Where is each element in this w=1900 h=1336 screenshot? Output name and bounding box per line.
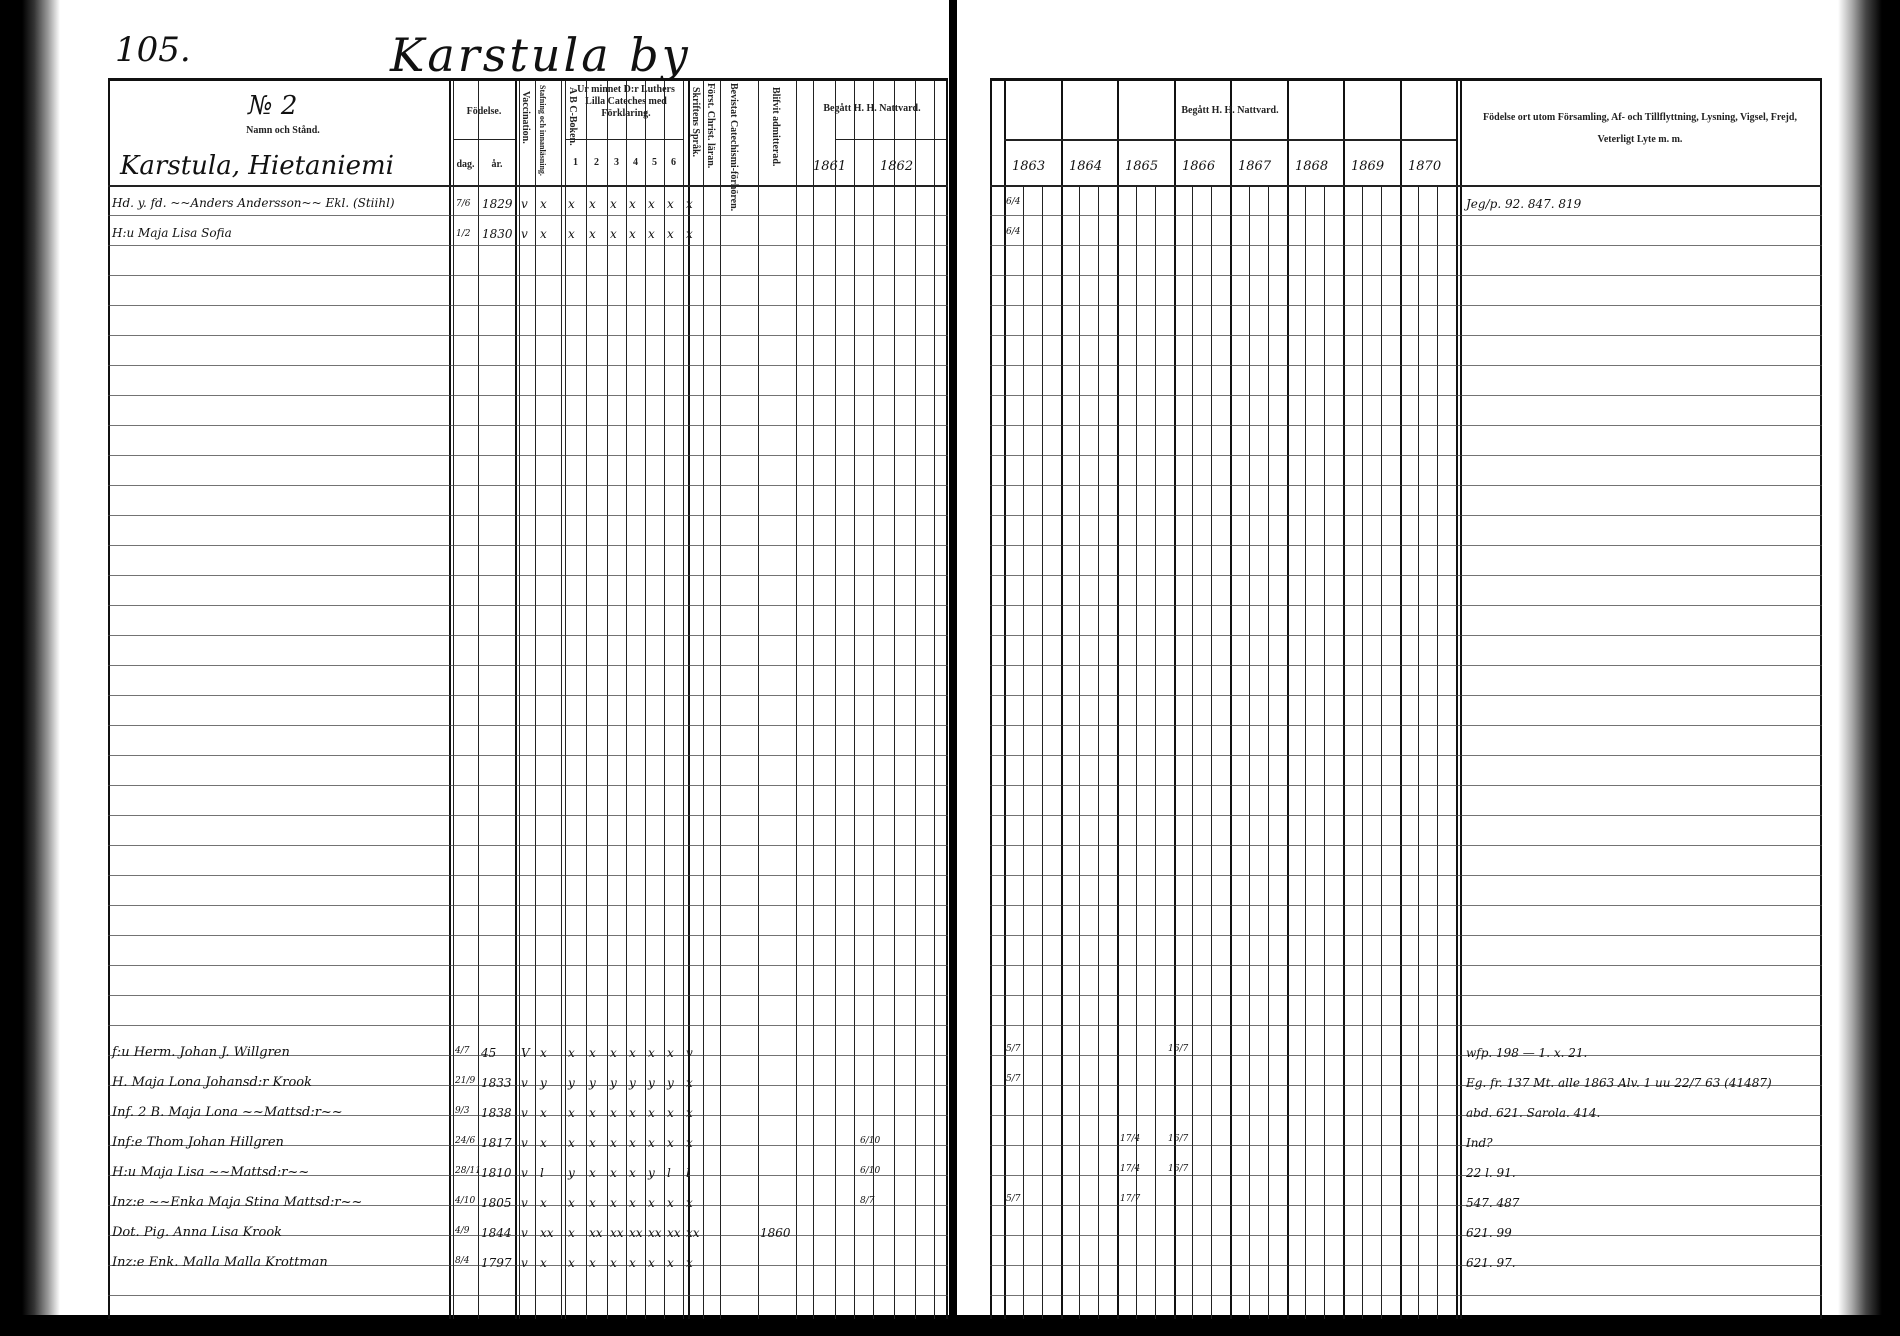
row-rule <box>108 1295 948 1296</box>
remarks-entry: Ind? <box>1466 1136 1493 1150</box>
catechism-mark: y <box>648 1166 655 1180</box>
ledger-row-name: Inz:e Enk. Malla Malla Krottman <box>112 1256 328 1270</box>
communion-1865-date: 17/7 <box>1120 1192 1140 1206</box>
communion-1866-date: 16/7 <box>1168 1042 1188 1056</box>
catechism-mark: y <box>629 1076 636 1090</box>
row-rule <box>990 635 1822 636</box>
row-rule <box>990 305 1822 306</box>
row-rule <box>990 1205 1822 1206</box>
row-rule <box>990 1175 1822 1176</box>
year-group-divider <box>1343 81 1345 1319</box>
catechism-mark: x <box>686 1256 693 1270</box>
row-rule <box>990 485 1822 486</box>
catechism-mark: x <box>667 1196 674 1210</box>
book-edge-right <box>1838 0 1900 1336</box>
catechism-mark: x <box>540 197 547 211</box>
catechism-mark: x <box>589 1106 596 1120</box>
catechism-mark: xx <box>667 1226 681 1240</box>
header-catechism-exams: Bevistat Catechismi-förhören. <box>728 83 739 181</box>
row-rule <box>990 335 1822 336</box>
catechism-mark: x <box>540 1046 547 1060</box>
row-2-vaccination: v <box>521 227 528 241</box>
ledger-row-birth-year: 1838 <box>481 1106 512 1120</box>
row-rule <box>990 215 1822 216</box>
ledger-row-name: Inf:e Thom Johan Hillgren <box>112 1136 284 1150</box>
header-admitted: Blifvit admitterad. <box>770 87 781 183</box>
row-rule <box>990 1055 1822 1056</box>
row-rule <box>108 305 948 306</box>
remarks-entry: 547. 487 <box>1466 1196 1519 1210</box>
ledger-row-birth-year: 1810 <box>481 1166 512 1180</box>
catechism-mark: x <box>540 1196 547 1210</box>
row-rule <box>990 695 1822 696</box>
header-year-1870: 1870 <box>1408 159 1441 174</box>
row-2-name: H:u Maja Lisa Sofia <box>112 226 232 240</box>
catechism-mark: x <box>568 1046 575 1060</box>
communion-1863-date: 5/7 <box>1006 1192 1020 1206</box>
row-rule <box>990 935 1822 936</box>
row-rule <box>108 845 948 846</box>
row-rule <box>108 665 948 666</box>
catechism-mark: y <box>540 1076 547 1090</box>
catechism-mark: y <box>667 1076 674 1090</box>
household-place: Karstula, Hietaniemi <box>120 151 394 181</box>
ledger-row-vaccination: v <box>521 1166 528 1180</box>
catechism-mark: x <box>686 1076 693 1090</box>
ledger-row-birth-day: 4/7 <box>455 1044 469 1058</box>
row-rule <box>108 935 948 936</box>
header-catechism: Ur minnet D:r Luthers Lilla Cateches med… <box>568 84 684 120</box>
catechism-mark: x <box>589 1256 596 1270</box>
remarks-entry: 22 l. 91. <box>1466 1166 1516 1180</box>
row-1-name: Hd. y. fd. ~~Anders Andersson~~ Ekl. (St… <box>112 196 395 210</box>
header-year-1867: 1867 <box>1238 159 1271 174</box>
row-rule <box>990 725 1822 726</box>
catechism-mark: xx <box>540 1226 554 1240</box>
sub-column-line <box>1268 185 1269 1319</box>
catechism-mark: x <box>667 1046 674 1060</box>
header-reading: Stafning och innanläsning. <box>538 85 547 181</box>
catechism-mark: x <box>589 1196 596 1210</box>
sub-column-line <box>1155 185 1156 1319</box>
header-vaccination: Vaccination. <box>520 91 531 181</box>
ledger-row-birth-year: 1817 <box>481 1136 512 1150</box>
ledger-row-name: f:u Herm. Johan J. Willgren <box>112 1046 290 1060</box>
header-scripture: Skriftens Språk. <box>690 87 701 183</box>
row-rule <box>108 605 948 606</box>
ledger-row-birth-year: 1844 <box>481 1226 512 1240</box>
row-rule <box>108 785 948 786</box>
catechism-mark: x <box>540 1106 547 1120</box>
ledger-row-birth-year: 1797 <box>481 1256 512 1270</box>
village-title: Karstula by <box>390 28 691 82</box>
catechism-mark: x <box>589 1136 596 1150</box>
catechism-mark: x <box>589 197 596 211</box>
catechism-mark: x <box>648 1046 655 1060</box>
ledger-row-vaccination: v <box>521 1256 528 1270</box>
communion-1862-date: 6/10 <box>860 1134 880 1148</box>
communion-1866-date: 16/7 <box>1168 1162 1188 1176</box>
header-year-1868: 1868 <box>1295 159 1328 174</box>
catechism-mark: x <box>629 1166 636 1180</box>
catechism-mark: y <box>610 1076 617 1090</box>
header-year-1869: 1869 <box>1351 159 1384 174</box>
catechism-mark: x <box>686 1196 693 1210</box>
sub-column-line <box>1249 185 1250 1319</box>
catechism-part-2: 2 <box>586 157 607 169</box>
row-rule <box>990 455 1822 456</box>
header-year-1862: 1862 <box>880 159 913 174</box>
header-year-1865: 1865 <box>1125 159 1158 174</box>
ledger-row-birth-day: 21/9 <box>455 1074 475 1088</box>
row-1-year: 1829 <box>482 197 513 211</box>
header-year-1864: 1864 <box>1069 159 1102 174</box>
communion-1865-date: 17/4 <box>1120 1162 1140 1176</box>
ledger-row-birth-year: 45 <box>481 1046 496 1060</box>
row-rule <box>108 215 948 216</box>
remarks-entry: Eg. fr. 137 Mt. alle 1863 Alv. 1 uu 22/7… <box>1466 1076 1772 1090</box>
row-rule <box>108 575 948 576</box>
remarks-entry: 621. 99 <box>1466 1226 1512 1240</box>
row-rule <box>990 815 1822 816</box>
catechism-mark: x <box>610 227 617 241</box>
header-year-1866: 1866 <box>1182 159 1215 174</box>
ledger-row-vaccination: v <box>521 1196 528 1210</box>
sub-column-line <box>1192 185 1193 1319</box>
ledger-row-birth-year: 1805 <box>481 1196 512 1210</box>
catechism-mark: x <box>568 1106 575 1120</box>
catechism-mark: xx <box>648 1226 662 1240</box>
catechism-mark: xx <box>686 1226 700 1240</box>
row-rule <box>108 725 948 726</box>
right-row-2-1863: 6/4 <box>1006 225 1020 239</box>
sub-column-line <box>1437 185 1438 1319</box>
header-birth-day: dag. <box>453 159 478 171</box>
header-communion-left: Begått H. H. Nattvard. <box>798 103 946 115</box>
catechism-mark: y <box>568 1166 575 1180</box>
row-2-year: 1830 <box>482 227 513 241</box>
catechism-part-1: 1 <box>565 157 586 169</box>
catechism-mark: x <box>589 1046 596 1060</box>
catechism-mark: x <box>610 1166 617 1180</box>
catechism-mark: x <box>568 1256 575 1270</box>
ledger-row-vaccination: v <box>521 1136 528 1150</box>
row-rule <box>108 425 948 426</box>
year-group-divider <box>1287 81 1289 1319</box>
row-rule <box>108 755 948 756</box>
ledger-row-birth-day: 4/10 <box>455 1194 475 1208</box>
ledger-row-vaccination: v <box>521 1226 528 1240</box>
row-1-day: 7/6 <box>456 197 470 211</box>
ledger-row-vaccination: v <box>521 1106 528 1120</box>
ledger-row-birth-day: 24/6 <box>455 1134 475 1148</box>
catechism-mark: x <box>648 1196 655 1210</box>
catechism-mark: x <box>667 1256 674 1270</box>
ledger-row-birth-day: 9/3 <box>455 1104 469 1118</box>
catechism-mark: xx <box>629 1226 643 1240</box>
row-rule <box>108 965 948 966</box>
row-rule <box>108 1025 948 1026</box>
row-rule <box>108 245 948 246</box>
row-rule <box>990 1265 1822 1266</box>
ledger-row-name: H:u Maja Lisa ~~Mattsd:r~~ <box>112 1166 309 1180</box>
household-number: № 2 <box>248 91 297 121</box>
row-rule <box>108 365 948 366</box>
header-year-1863: 1863 <box>1012 159 1045 174</box>
catechism-mark: x <box>629 1106 636 1120</box>
sub-column-line <box>1305 185 1306 1319</box>
catechism-mark: x <box>610 1046 617 1060</box>
catechism-mark: v <box>686 1046 693 1060</box>
catechism-mark: x <box>629 1136 636 1150</box>
ledger-row-birth-day: 4/9 <box>455 1224 469 1238</box>
right-row-1-remarks: Jeg/p. 92. 847. 819 <box>1466 197 1581 211</box>
catechism-mark: x <box>568 227 575 241</box>
row-rule <box>108 485 948 486</box>
sub-column-line <box>1023 185 1024 1319</box>
year-group-divider <box>1230 81 1232 1319</box>
catechism-mark: l <box>667 1166 671 1180</box>
row-rule <box>108 335 948 336</box>
row-rule <box>108 455 948 456</box>
row-rule <box>990 1295 1822 1296</box>
catechism-mark: x <box>648 1136 655 1150</box>
page-number: 105. <box>115 30 191 70</box>
catechism-mark: x <box>589 227 596 241</box>
catechism-part-6: 6 <box>664 157 683 169</box>
catechism-part-4: 4 <box>626 157 645 169</box>
catechism-mark: x <box>629 1256 636 1270</box>
communion-1862-date: 8/7 <box>860 1194 874 1208</box>
left-ledger-page: № 2 Namn och Stånd. Karstula, Hietaniemi… <box>108 78 948 1319</box>
row-rule <box>990 1025 1822 1026</box>
catechism-part-numbers: 1 2 3 4 5 6 <box>565 157 683 169</box>
catechism-mark: y <box>589 1076 596 1090</box>
ledger-row-name: Dot. Pig. Anna Lisa Krook <box>112 1226 282 1240</box>
row-rule <box>108 905 948 906</box>
year-group-divider <box>1061 81 1063 1319</box>
row-rule <box>108 995 948 996</box>
row-rule <box>108 395 948 396</box>
sub-column-line <box>1042 185 1043 1319</box>
catechism-mark: x <box>629 227 636 241</box>
catechism-mark: x <box>686 227 693 241</box>
row-rule <box>990 665 1822 666</box>
row-rule <box>990 425 1822 426</box>
row-2-day: 1/2 <box>456 227 470 241</box>
communion-1863-date: 5/7 <box>1006 1042 1020 1056</box>
sub-column-line <box>1418 185 1419 1319</box>
catechism-mark: x <box>648 197 655 211</box>
catechism-mark: x <box>610 1106 617 1120</box>
catechism-mark: x <box>540 1256 547 1270</box>
catechism-mark: x <box>610 1196 617 1210</box>
remarks-entry: abd. 621. Sarola. 414. <box>1466 1106 1600 1120</box>
row-rule <box>108 515 948 516</box>
catechism-mark: x <box>648 1256 655 1270</box>
catechism-mark: x <box>610 1136 617 1150</box>
row-rule <box>108 275 948 276</box>
catechism-mark: x <box>667 197 674 211</box>
catechism-mark: x <box>610 197 617 211</box>
row-rule <box>990 1115 1822 1116</box>
catechism-mark: xx <box>589 1226 603 1240</box>
catechism-part-5: 5 <box>645 157 664 169</box>
communion-1866-date: 16/7 <box>1168 1132 1188 1146</box>
ledger-row-name: Inf. 2 B. Maja Lona ~~Mattsd:r~~ <box>112 1106 343 1120</box>
row-rule <box>108 815 948 816</box>
catechism-mark: x <box>667 1136 674 1150</box>
catechism-mark: x <box>610 1256 617 1270</box>
catechism-mark: x <box>686 197 693 211</box>
row-rule <box>108 875 948 876</box>
right-row-1-1863: 6/4 <box>1006 195 1020 209</box>
ledger-row-birth-day: 28/11 <box>455 1164 481 1178</box>
sub-column-line <box>1362 185 1363 1319</box>
communion-1865-date: 17/4 <box>1120 1132 1140 1146</box>
row-rule <box>990 515 1822 516</box>
catechism-part-3: 3 <box>607 157 626 169</box>
catechism-mark: x <box>686 1106 693 1120</box>
row-rule <box>990 605 1822 606</box>
catechism-mark: x <box>540 227 547 241</box>
communion-1862-date: 6/10 <box>860 1164 880 1178</box>
catechism-mark: y <box>648 1076 655 1090</box>
sub-column-line <box>1324 185 1325 1319</box>
row-rule <box>990 1235 1822 1236</box>
row-rule <box>990 365 1822 366</box>
row-rule <box>990 395 1822 396</box>
year-group-divider <box>1400 81 1402 1319</box>
row-1-vaccination: v <box>521 197 528 211</box>
row-rule <box>990 845 1822 846</box>
row-rule <box>108 545 948 546</box>
row-rule <box>990 1145 1822 1146</box>
ledger-row-name: Inz:e ~~Enka Maja Stina Mattsd:r~~ <box>112 1196 362 1210</box>
year-group-divider <box>1117 81 1119 1319</box>
header-birth-year: år. <box>480 159 514 171</box>
catechism-mark: l <box>540 1166 544 1180</box>
admitted-year: 1860 <box>760 1226 791 1240</box>
sub-column-line <box>1079 185 1080 1319</box>
row-rule <box>990 875 1822 876</box>
row-rule <box>990 995 1822 996</box>
remarks-entry: 621. 97. <box>1466 1256 1516 1270</box>
header-remarks: Födelse ort utom Församling, Af- och Til… <box>1480 107 1800 151</box>
catechism-mark: x <box>540 1136 547 1150</box>
row-rule <box>990 575 1822 576</box>
catechism-mark: l <box>686 1166 690 1180</box>
catechism-mark: x <box>648 1106 655 1120</box>
sub-column-line <box>1098 185 1099 1319</box>
catechism-mark: x <box>568 1136 575 1150</box>
header-birth: Födelse. <box>453 106 515 118</box>
catechism-mark: x <box>667 1106 674 1120</box>
catechism-mark: x <box>629 1196 636 1210</box>
catechism-mark: xx <box>610 1226 624 1240</box>
row-rule <box>990 965 1822 966</box>
row-rule <box>990 785 1822 786</box>
catechism-mark: x <box>629 1046 636 1060</box>
ledger-row-name: H. Maja Lona Johansd:r Krook <box>112 1076 312 1090</box>
ledger-row-vaccination: v <box>521 1076 528 1090</box>
row-rule <box>990 755 1822 756</box>
catechism-mark: x <box>629 197 636 211</box>
row-rule <box>108 695 948 696</box>
sub-column-line <box>1136 185 1137 1319</box>
catechism-mark: x <box>568 1226 575 1240</box>
ledger-row-birth-day: 8/4 <box>455 1254 469 1268</box>
row-rule <box>108 635 948 636</box>
row-rule <box>990 905 1822 906</box>
row-rule <box>990 275 1822 276</box>
catechism-mark: x <box>568 197 575 211</box>
ledger-row-birth-year: 1833 <box>481 1076 512 1090</box>
remarks-entry: wfp. 198 — 1. x. 21. <box>1466 1046 1587 1060</box>
communion-1863-date: 5/7 <box>1006 1072 1020 1086</box>
sub-column-line <box>1211 185 1212 1319</box>
catechism-mark: y <box>568 1076 575 1090</box>
header-name-and-status: Namn och Stånd. <box>218 125 348 137</box>
ledger-row-vaccination: V <box>521 1046 530 1060</box>
header-christian-doctrine: Först. Christ. läran. <box>705 83 716 181</box>
book-gutter <box>949 0 957 1316</box>
catechism-mark: x <box>568 1196 575 1210</box>
sub-column-line <box>1381 185 1382 1319</box>
catechism-mark: x <box>667 227 674 241</box>
row-rule <box>990 245 1822 246</box>
header-year-1861: 1861 <box>813 159 846 174</box>
header-communion-right: Begått H. H. Nattvard. <box>1004 105 1456 117</box>
right-ledger-page: Begått H. H. Nattvard. 18631864186518661… <box>990 78 1822 1319</box>
catechism-mark: x <box>686 1136 693 1150</box>
catechism-mark: x <box>589 1166 596 1180</box>
row-rule <box>990 545 1822 546</box>
catechism-mark: x <box>648 227 655 241</box>
book-edge-left <box>0 0 60 1336</box>
